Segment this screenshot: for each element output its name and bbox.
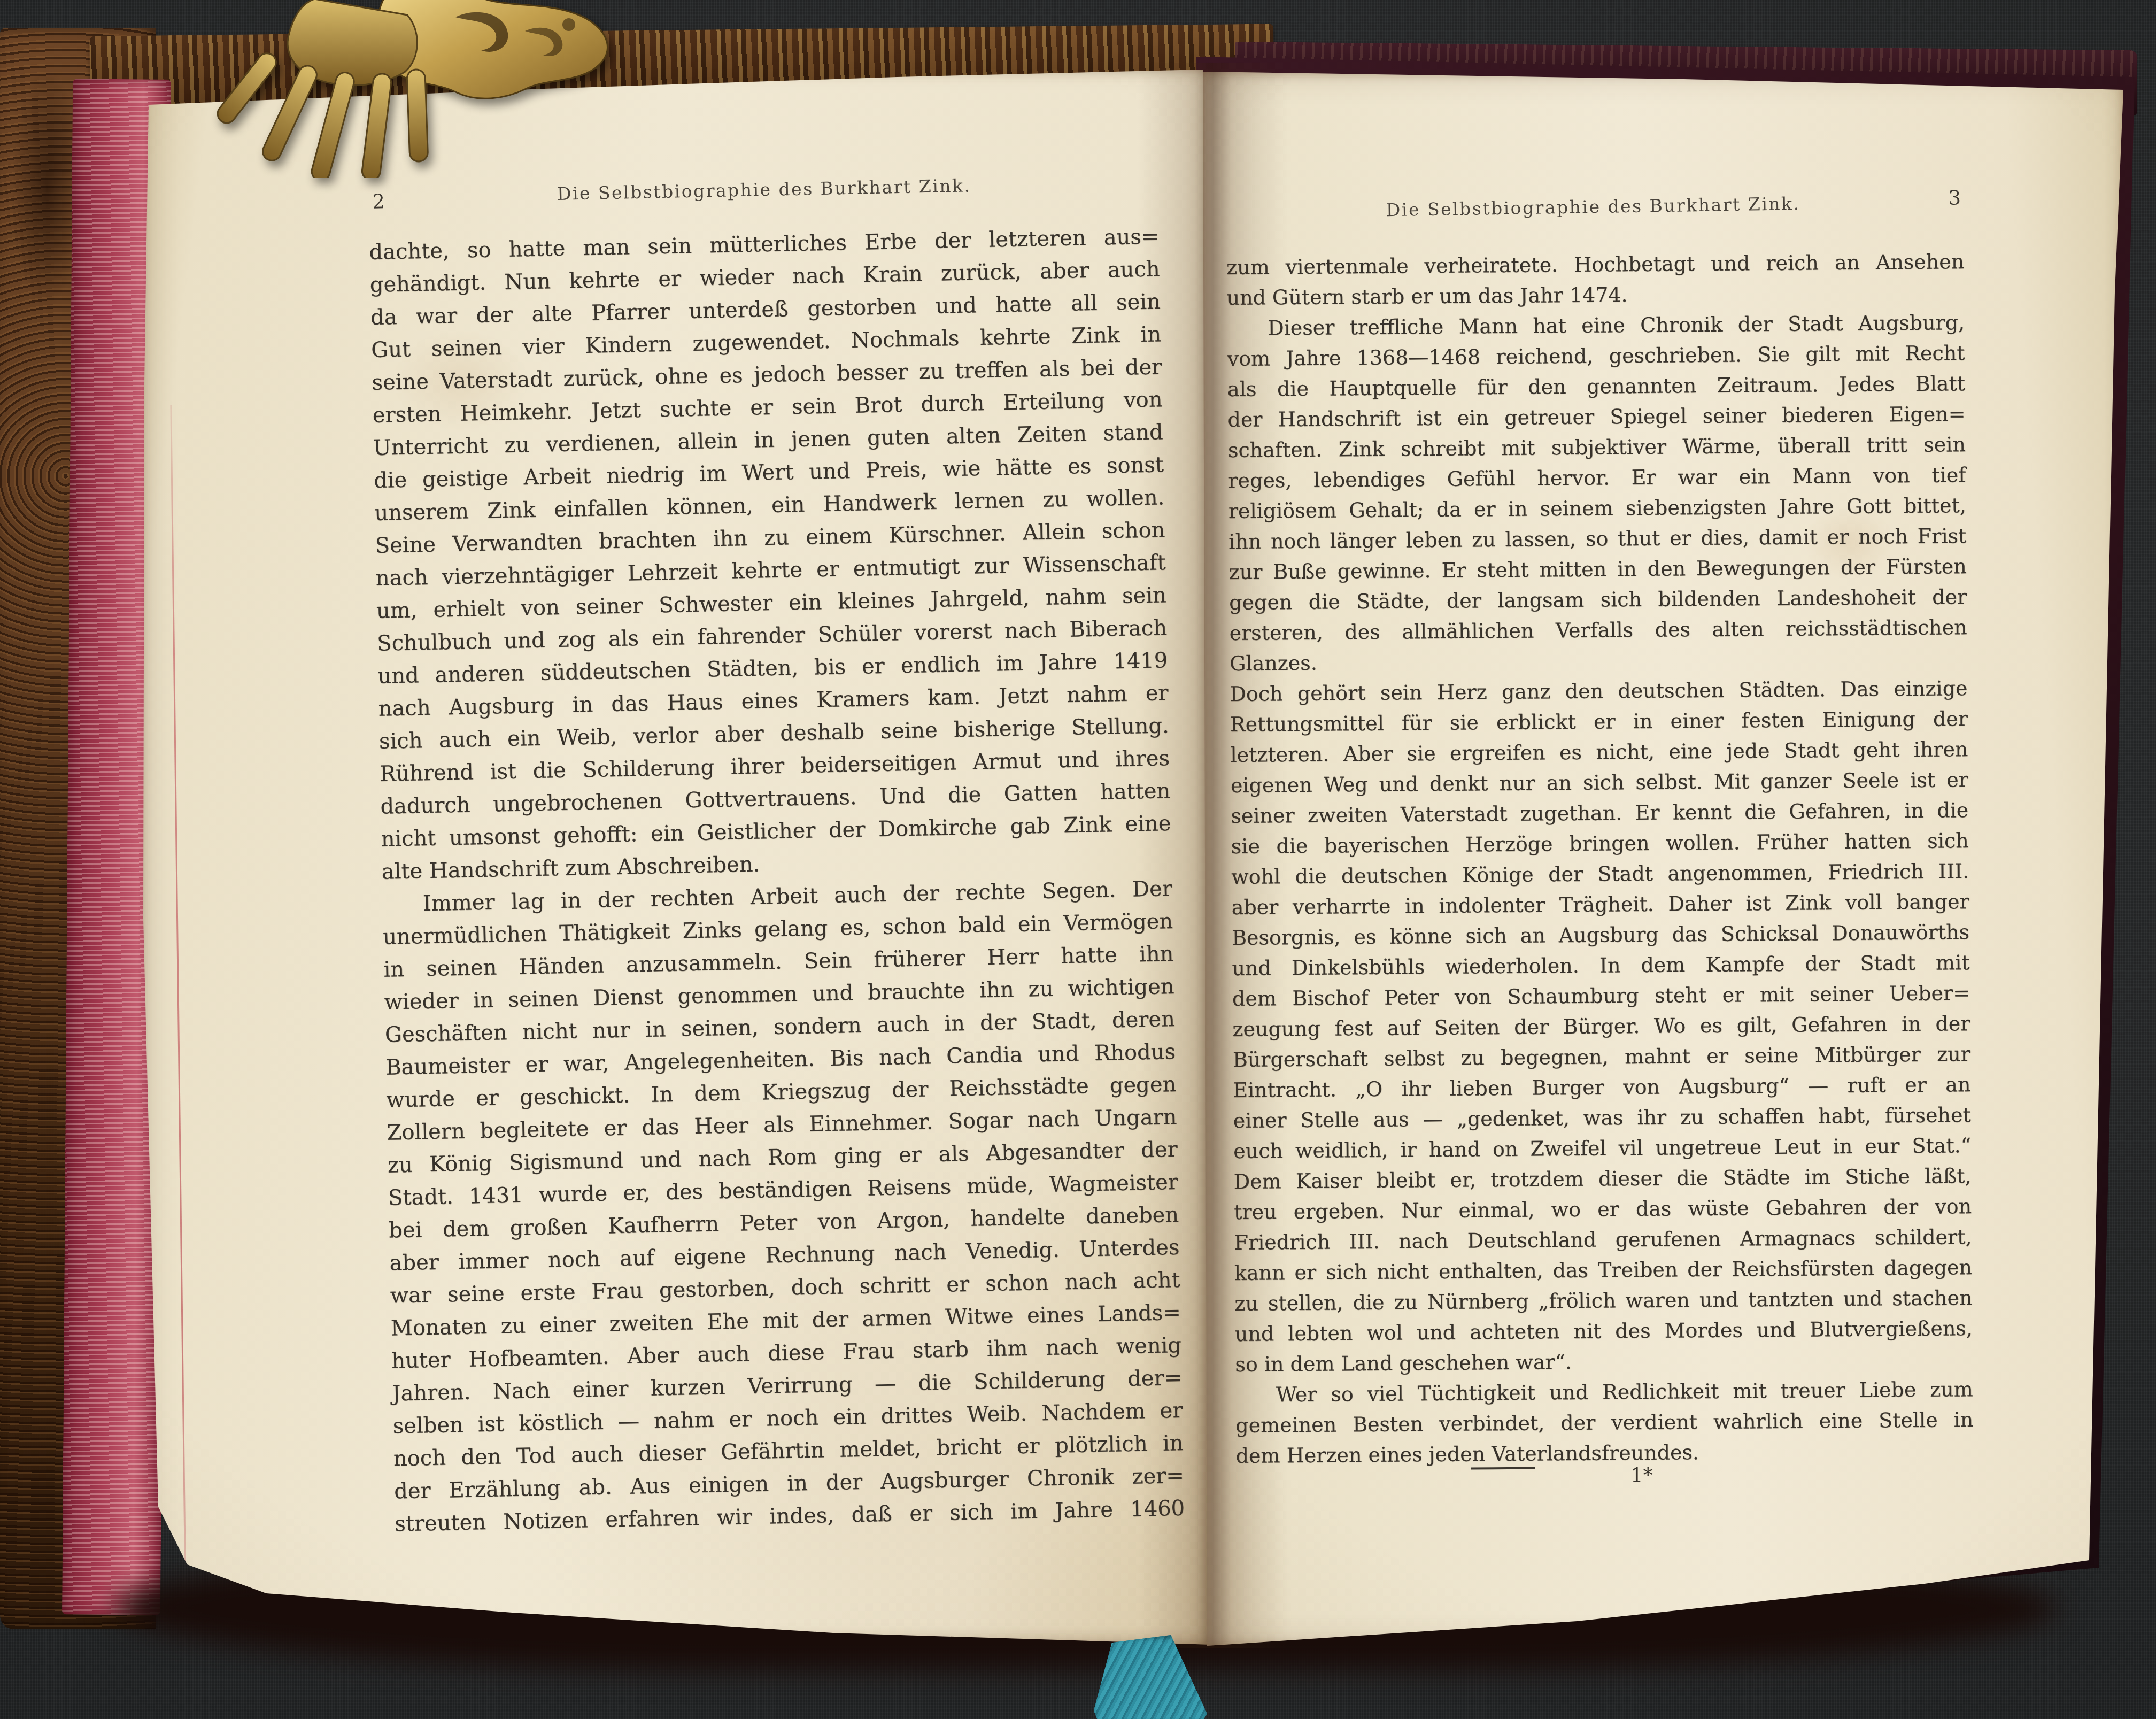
paragraph: Dieser treffliche Mann hat eine Chronik …	[1227, 307, 1973, 1380]
paragraph: Immer lag in der rechten Arbeit auch der…	[382, 873, 1185, 1540]
right-text-block: zum viertenmale verheiratete. Hochbetagt…	[1226, 246, 1974, 1471]
left-page: 2 Die Selbstbiographie des Burkhart Zink…	[138, 63, 1214, 1650]
text-line: zum viertenmale verheiratete. Hochbetagt…	[1226, 246, 1964, 283]
section-end-rule	[1471, 1467, 1535, 1469]
right-running-head: Die Selbstbiographie des Burkhart Zink. …	[1224, 190, 1962, 223]
paragraph: zum viertenmale verheiratete. Hochbetagt…	[1226, 246, 1965, 313]
signature-mark: 1*	[1630, 1464, 1653, 1487]
text-line: dem Herzen eines jeden Vaterlandsfreunde…	[1235, 1435, 1973, 1471]
left-page-number: 2	[372, 190, 385, 213]
right-running-title: Die Selbstbiographie des Burkhart Zink.	[1224, 190, 1962, 223]
open-book-photo: 2 Die Selbstbiographie des Burkhart Zink…	[0, 0, 2156, 1719]
paragraph: Wer so viel Tüchtigkeit und Redlichkeit …	[1235, 1374, 1974, 1471]
red-margin-line	[170, 405, 186, 1603]
text-line: und lebten wol und achteten nit des Mord…	[1235, 1313, 1973, 1350]
text-line: gemeinen Besten verbindet, der verdient …	[1235, 1405, 1973, 1441]
right-page-number: 3	[1948, 186, 1961, 209]
paragraph: dachte, so hatte man sein mütterliches E…	[369, 220, 1172, 888]
brass-hand-page-holder-icon	[156, 0, 644, 178]
right-page: Die Selbstbiographie des Burkhart Zink. …	[1203, 67, 2127, 1651]
left-text-block: dachte, so hatte man sein mütterliches E…	[369, 220, 1185, 1540]
text-line: ersteren, des allmählichen Verfalls des …	[1229, 612, 1967, 679]
